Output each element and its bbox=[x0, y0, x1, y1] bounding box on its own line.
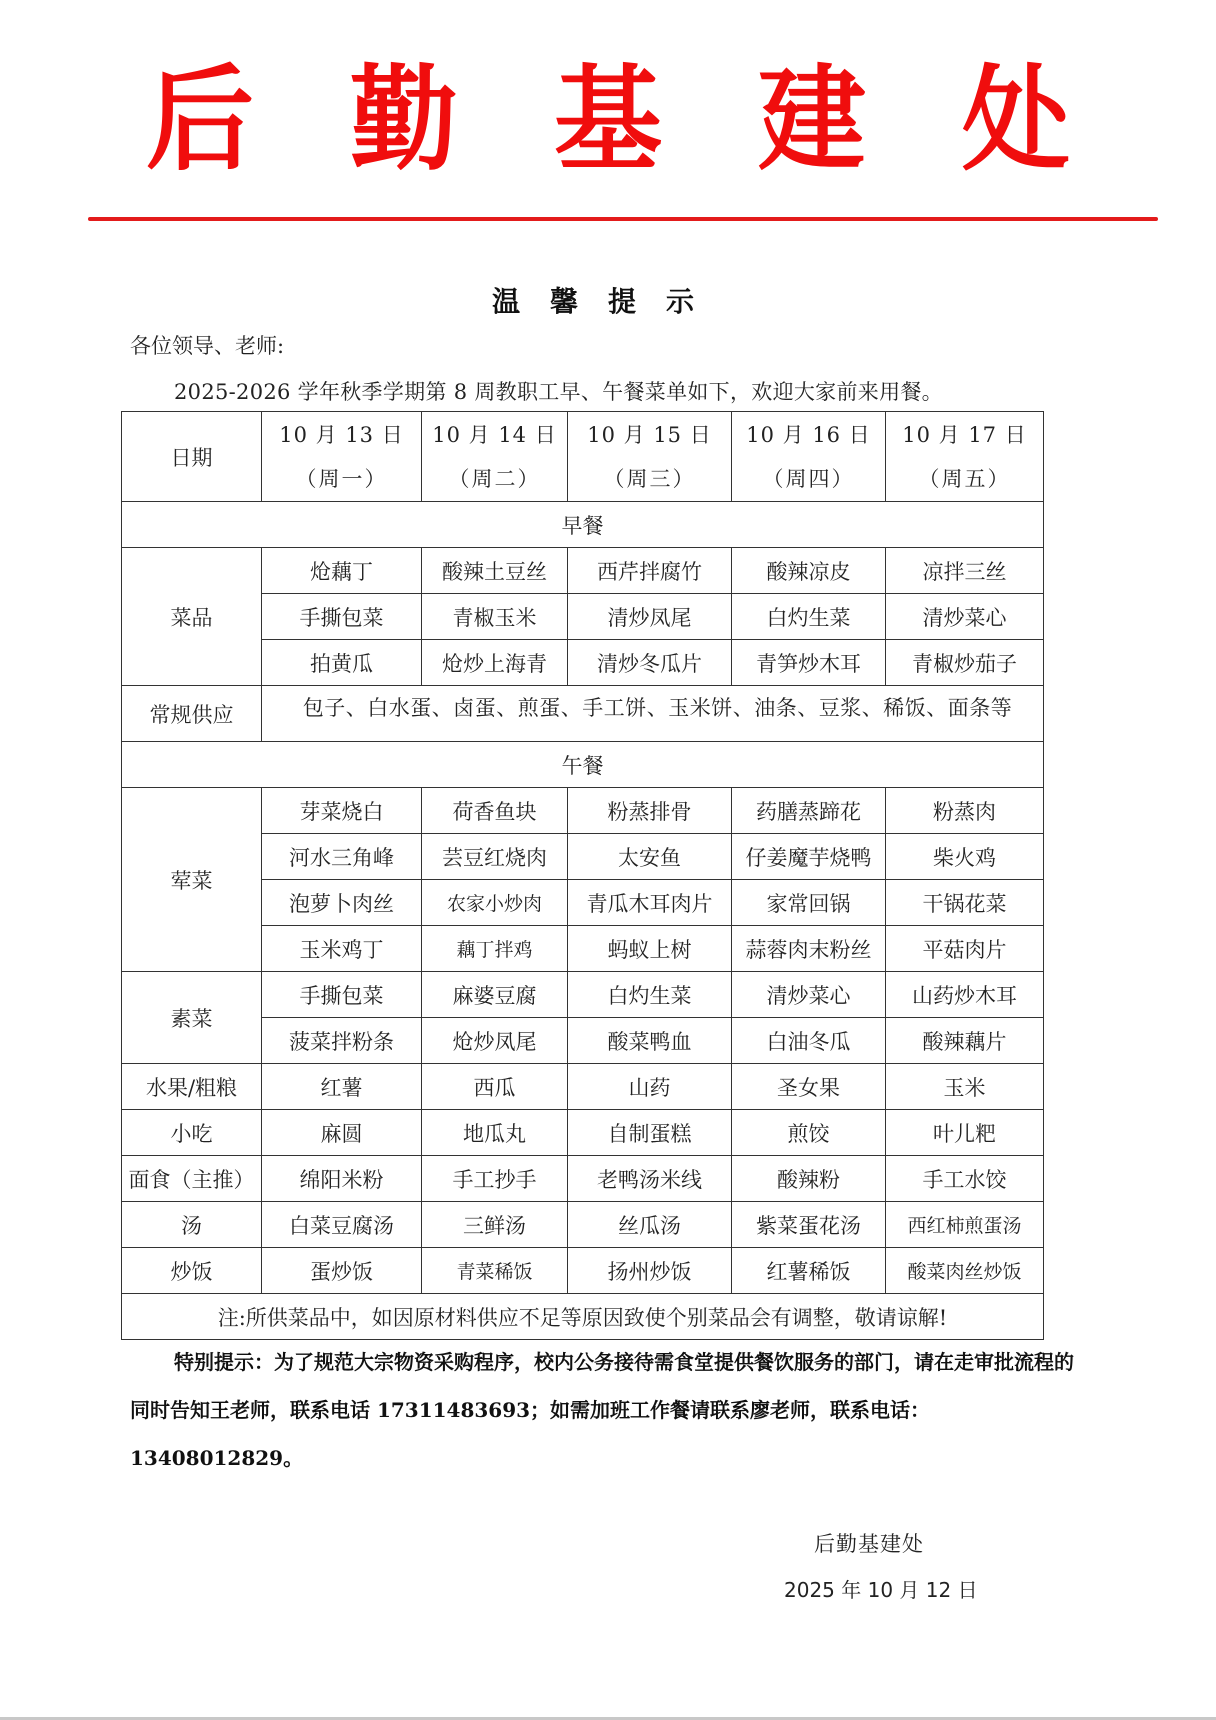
table-row: 汤 白菜豆腐汤 三鲜汤 丝瓜汤 紫菜蛋花汤 西红柿煎蛋汤 bbox=[122, 1202, 1044, 1248]
dish-cell: 地瓜丸 bbox=[422, 1110, 568, 1156]
dish-cell: 藕丁拌鸡 bbox=[422, 926, 568, 972]
table-row: 菜品 炝藕丁 酸辣土豆丝 西芹拌腐竹 酸辣凉皮 凉拌三丝 bbox=[122, 548, 1044, 594]
dish-cell: 麻婆豆腐 bbox=[422, 972, 568, 1018]
dish-cell: 干锅花菜 bbox=[886, 880, 1044, 926]
category-label: 炒饭 bbox=[122, 1248, 262, 1294]
dish-cell: 蚂蚁上树 bbox=[568, 926, 732, 972]
table-row: 荤菜 芽菜烧白 荷香鱼块 粉蒸排骨 药膳蒸蹄花 粉蒸肉 bbox=[122, 788, 1044, 834]
dish-cell: 白菜豆腐汤 bbox=[262, 1202, 422, 1248]
dish-cell: 西瓜 bbox=[422, 1064, 568, 1110]
dish-cell: 家常回锅 bbox=[732, 880, 886, 926]
dish-cell: 蛋炒饭 bbox=[262, 1248, 422, 1294]
table-row: 素菜 手撕包菜 麻婆豆腐 白灼生菜 清炒菜心 山药炒木耳 bbox=[122, 972, 1044, 1018]
dish-cell: 泡萝卜肉丝 bbox=[262, 880, 422, 926]
dish-cell: 酸辣土豆丝 bbox=[422, 548, 568, 594]
dish-cell: 西红柿煎蛋汤 bbox=[886, 1202, 1044, 1248]
salutation: 各位领导、老师: bbox=[130, 330, 284, 360]
special-notice: 特别提示：为了规范大宗物资采购程序，校内公务接待需食堂提供餐饮服务的部门，请在走… bbox=[130, 1338, 1090, 1482]
day-header: 10 月 15 日（周三） bbox=[568, 412, 732, 502]
dish-cell: 青椒玉米 bbox=[422, 594, 568, 640]
dish-cell: 玉米鸡丁 bbox=[262, 926, 422, 972]
day-header: 10 月 16 日（周四） bbox=[732, 412, 886, 502]
date-header-row: 日期 10 月 13 日（周一） 10 月 14 日（周二） 10 月 15 日… bbox=[122, 412, 1044, 502]
dish-cell: 山药 bbox=[568, 1064, 732, 1110]
dish-cell: 河水三角峰 bbox=[262, 834, 422, 880]
dish-cell: 酸辣凉皮 bbox=[732, 548, 886, 594]
dish-cell: 炝炒凤尾 bbox=[422, 1018, 568, 1064]
dish-cell: 丝瓜汤 bbox=[568, 1202, 732, 1248]
category-label: 荤菜 bbox=[122, 788, 262, 972]
day-weekday: （周三） bbox=[568, 457, 731, 501]
dish-cell: 清炒冬瓜片 bbox=[568, 640, 732, 686]
dish-cell: 山药炒木耳 bbox=[886, 972, 1044, 1018]
dish-cell: 手撕包菜 bbox=[262, 594, 422, 640]
dish-cell: 圣女果 bbox=[732, 1064, 886, 1110]
masthead-char: 处 bbox=[962, 63, 1070, 176]
date-label: 日期 bbox=[122, 412, 262, 502]
dish-cell: 红薯 bbox=[262, 1064, 422, 1110]
dish-cell: 白灼生菜 bbox=[568, 972, 732, 1018]
table-row: 水果/粗粮 红薯 西瓜 山药 圣女果 玉米 bbox=[122, 1064, 1044, 1110]
masthead: 后 勤 基 建 处 bbox=[0, 60, 1216, 180]
dish-cell: 药膳蒸蹄花 bbox=[732, 788, 886, 834]
section-row-breakfast: 早餐 bbox=[122, 502, 1044, 548]
dish-cell: 清炒菜心 bbox=[732, 972, 886, 1018]
day-weekday: （周四） bbox=[732, 457, 885, 501]
masthead-char: 基 bbox=[554, 63, 662, 176]
table-row: 面食（主推） 绵阳米粉 手工抄手 老鸭汤米线 酸辣粉 手工水饺 bbox=[122, 1156, 1044, 1202]
dish-cell: 白油冬瓜 bbox=[732, 1018, 886, 1064]
table-row: 小吃 麻圆 地瓜丸 自制蛋糕 煎饺 叶儿粑 bbox=[122, 1110, 1044, 1156]
category-label: 汤 bbox=[122, 1202, 262, 1248]
dish-cell: 荷香鱼块 bbox=[422, 788, 568, 834]
section-label-lunch: 午餐 bbox=[122, 742, 1044, 788]
dish-cell: 麻圆 bbox=[262, 1110, 422, 1156]
dish-cell: 农家小炒肉 bbox=[422, 880, 568, 926]
day-header: 10 月 13 日（周一） bbox=[262, 412, 422, 502]
dish-cell: 粉蒸排骨 bbox=[568, 788, 732, 834]
dish-cell: 白灼生菜 bbox=[732, 594, 886, 640]
day-weekday: （周二） bbox=[422, 457, 567, 501]
dish-cell: 酸菜鸭血 bbox=[568, 1018, 732, 1064]
dish-cell: 凉拌三丝 bbox=[886, 548, 1044, 594]
dish-cell: 芸豆红烧肉 bbox=[422, 834, 568, 880]
dish-cell: 三鲜汤 bbox=[422, 1202, 568, 1248]
category-label: 素菜 bbox=[122, 972, 262, 1064]
intro-paragraph: 2025-2026 学年秋季学期第 8 周教职工早、午餐菜单如下，欢迎大家前来用… bbox=[174, 376, 943, 406]
masthead-char: 后 bbox=[146, 63, 254, 176]
dish-cell: 蒜蓉肉末粉丝 bbox=[732, 926, 886, 972]
dish-cell: 煎饺 bbox=[732, 1110, 886, 1156]
section-row-lunch: 午餐 bbox=[122, 742, 1044, 788]
dish-cell: 柴火鸡 bbox=[886, 834, 1044, 880]
day-date: 10 月 16 日 bbox=[732, 413, 885, 457]
signature-department: 后勤基建处 bbox=[814, 1528, 924, 1558]
dish-cell: 菠菜拌粉条 bbox=[262, 1018, 422, 1064]
dish-cell: 拍黄瓜 bbox=[262, 640, 422, 686]
dish-cell: 手工抄手 bbox=[422, 1156, 568, 1202]
dish-cell: 清炒菜心 bbox=[886, 594, 1044, 640]
masthead-divider bbox=[88, 217, 1158, 221]
dish-cell: 平菇肉片 bbox=[886, 926, 1044, 972]
day-weekday: （周一） bbox=[262, 457, 421, 501]
dish-cell: 玉米 bbox=[886, 1064, 1044, 1110]
dish-cell: 清炒凤尾 bbox=[568, 594, 732, 640]
dish-cell: 红薯稀饭 bbox=[732, 1248, 886, 1294]
dish-cell: 手工水饺 bbox=[886, 1156, 1044, 1202]
category-label: 面食（主推） bbox=[122, 1156, 262, 1202]
section-label-breakfast: 早餐 bbox=[122, 502, 1044, 548]
dish-cell: 青菜稀饭 bbox=[422, 1248, 568, 1294]
table-row: 炒饭 蛋炒饭 青菜稀饭 扬州炒饭 红薯稀饭 酸菜肉丝炒饭 bbox=[122, 1248, 1044, 1294]
dish-cell: 紫菜蛋花汤 bbox=[732, 1202, 886, 1248]
day-date: 10 月 15 日 bbox=[568, 413, 731, 457]
document-title: 温馨提示 bbox=[0, 280, 1216, 320]
dish-cell: 炝炒上海青 bbox=[422, 640, 568, 686]
category-label: 常规供应 bbox=[122, 686, 262, 742]
dish-cell: 叶儿粑 bbox=[886, 1110, 1044, 1156]
category-label: 菜品 bbox=[122, 548, 262, 686]
dish-cell: 手撕包菜 bbox=[262, 972, 422, 1018]
category-label: 小吃 bbox=[122, 1110, 262, 1156]
dish-cell: 青瓜木耳肉片 bbox=[568, 880, 732, 926]
adjustment-note: 注:所供菜品中，如因原材料供应不足等原因致使个别菜品会有调整，敬请谅解! bbox=[122, 1294, 1044, 1340]
signature-date: 2025 年 10 月 12 日 bbox=[784, 1574, 978, 1603]
day-weekday: （周五） bbox=[886, 457, 1043, 501]
dish-cell: 炝藕丁 bbox=[262, 548, 422, 594]
dish-cell: 青椒炒茄子 bbox=[886, 640, 1044, 686]
day-header: 10 月 14 日（周二） bbox=[422, 412, 568, 502]
masthead-char: 建 bbox=[758, 63, 866, 176]
category-label: 水果/粗粮 bbox=[122, 1064, 262, 1110]
day-header: 10 月 17 日（周五） bbox=[886, 412, 1044, 502]
regular-supply-items: 包子、白水蛋、卤蛋、煎蛋、手工饼、玉米饼、油条、豆浆、稀饭、面条等 bbox=[262, 686, 1044, 742]
dish-cell: 自制蛋糕 bbox=[568, 1110, 732, 1156]
dish-cell: 西芹拌腐竹 bbox=[568, 548, 732, 594]
note-row: 注:所供菜品中，如因原材料供应不足等原因致使个别菜品会有调整，敬请谅解! bbox=[122, 1294, 1044, 1340]
day-date: 10 月 17 日 bbox=[886, 413, 1043, 457]
dish-cell: 绵阳米粉 bbox=[262, 1156, 422, 1202]
dish-cell: 酸辣粉 bbox=[732, 1156, 886, 1202]
masthead-char: 勤 bbox=[350, 63, 458, 176]
table-row: 常规供应 包子、白水蛋、卤蛋、煎蛋、手工饼、玉米饼、油条、豆浆、稀饭、面条等 bbox=[122, 686, 1044, 742]
dish-cell: 扬州炒饭 bbox=[568, 1248, 732, 1294]
menu-table: 日期 10 月 13 日（周一） 10 月 14 日（周二） 10 月 15 日… bbox=[121, 411, 1044, 1340]
dish-cell: 老鸭汤米线 bbox=[568, 1156, 732, 1202]
dish-cell: 青笋炒木耳 bbox=[732, 640, 886, 686]
day-date: 10 月 13 日 bbox=[262, 413, 421, 457]
dish-cell: 仔姜魔芋烧鸭 bbox=[732, 834, 886, 880]
dish-cell: 太安鱼 bbox=[568, 834, 732, 880]
dish-cell: 酸菜肉丝炒饭 bbox=[886, 1248, 1044, 1294]
day-date: 10 月 14 日 bbox=[422, 413, 567, 457]
dish-cell: 粉蒸肉 bbox=[886, 788, 1044, 834]
dish-cell: 酸辣藕片 bbox=[886, 1018, 1044, 1064]
dish-cell: 芽菜烧白 bbox=[262, 788, 422, 834]
